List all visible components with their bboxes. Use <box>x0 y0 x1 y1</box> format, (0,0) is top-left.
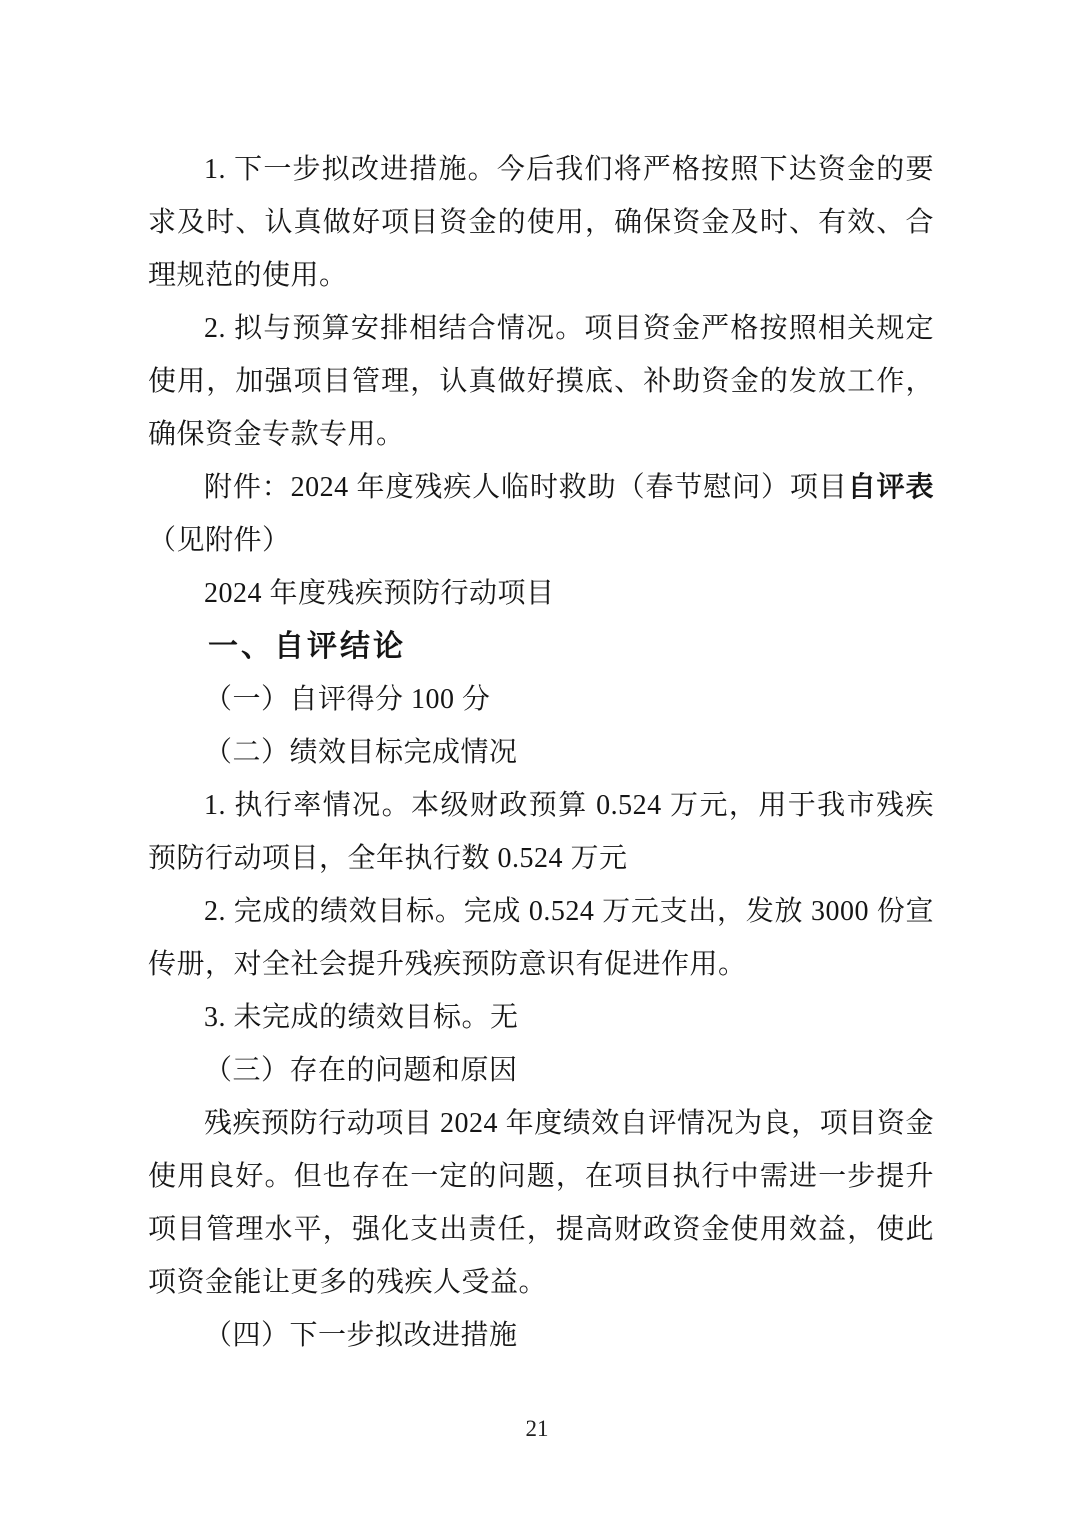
paragraph-completed-targets: 2. 完成的绩效目标。完成 0.524 万元支出，发放 3000 份宣传册，对全… <box>148 885 934 991</box>
attachment-note-title: 自评表 <box>848 472 934 503</box>
subheading-problems-and-causes: （三）存在的问题和原因 <box>148 1044 934 1097</box>
paragraph-execution-rate: 1. 执行率情况。本级财政预算 0.524 万元，用于我市残疾预防行动项目，全年… <box>148 779 934 885</box>
subheading-self-evaluation-score: （一）自评得分 100 分 <box>148 673 934 726</box>
paragraph-uncompleted-targets: 3. 未完成的绩效目标。无 <box>148 991 934 1044</box>
paragraph-project-title: 2024 年度残疾预防行动项目 <box>148 567 934 620</box>
document-body: 1. 下一步拟改进措施。今后我们将严格按照下达资金的要求及时、认真做好项目资金的… <box>148 143 934 1362</box>
subheading-next-improvement-measures: （四）下一步拟改进措施 <box>148 1309 934 1362</box>
subheading-performance-target-completion: （二）绩效目标完成情况 <box>148 726 934 779</box>
paragraph-budget-alignment: 2. 拟与预算安排相结合情况。项目资金严格按照相关规定使用，加强项目管理，认真做… <box>148 302 934 461</box>
paragraph-improvement-measures-1: 1. 下一步拟改进措施。今后我们将严格按照下达资金的要求及时、认真做好项目资金的… <box>148 143 934 302</box>
paragraph-attachment-note: 附件：2024 年度残疾人临时救助（春节慰问）项目自评表（见附件） <box>148 461 934 567</box>
document-page: 1. 下一步拟改进措施。今后我们将严格按照下达资金的要求及时、认真做好项目资金的… <box>0 0 1074 1520</box>
attachment-note-suffix: （见附件） <box>148 525 291 556</box>
section-heading-self-evaluation-conclusion: 一、自评结论 <box>148 620 934 673</box>
page-number: 21 <box>0 1416 1074 1442</box>
attachment-note-prefix: 附件：2024 年度残疾人临时救助（春节慰问）项目 <box>204 472 848 503</box>
paragraph-problems-description: 残疾预防行动项目 2024 年度绩效自评情况为良，项目资金使用良好。但也存在一定… <box>148 1097 934 1309</box>
